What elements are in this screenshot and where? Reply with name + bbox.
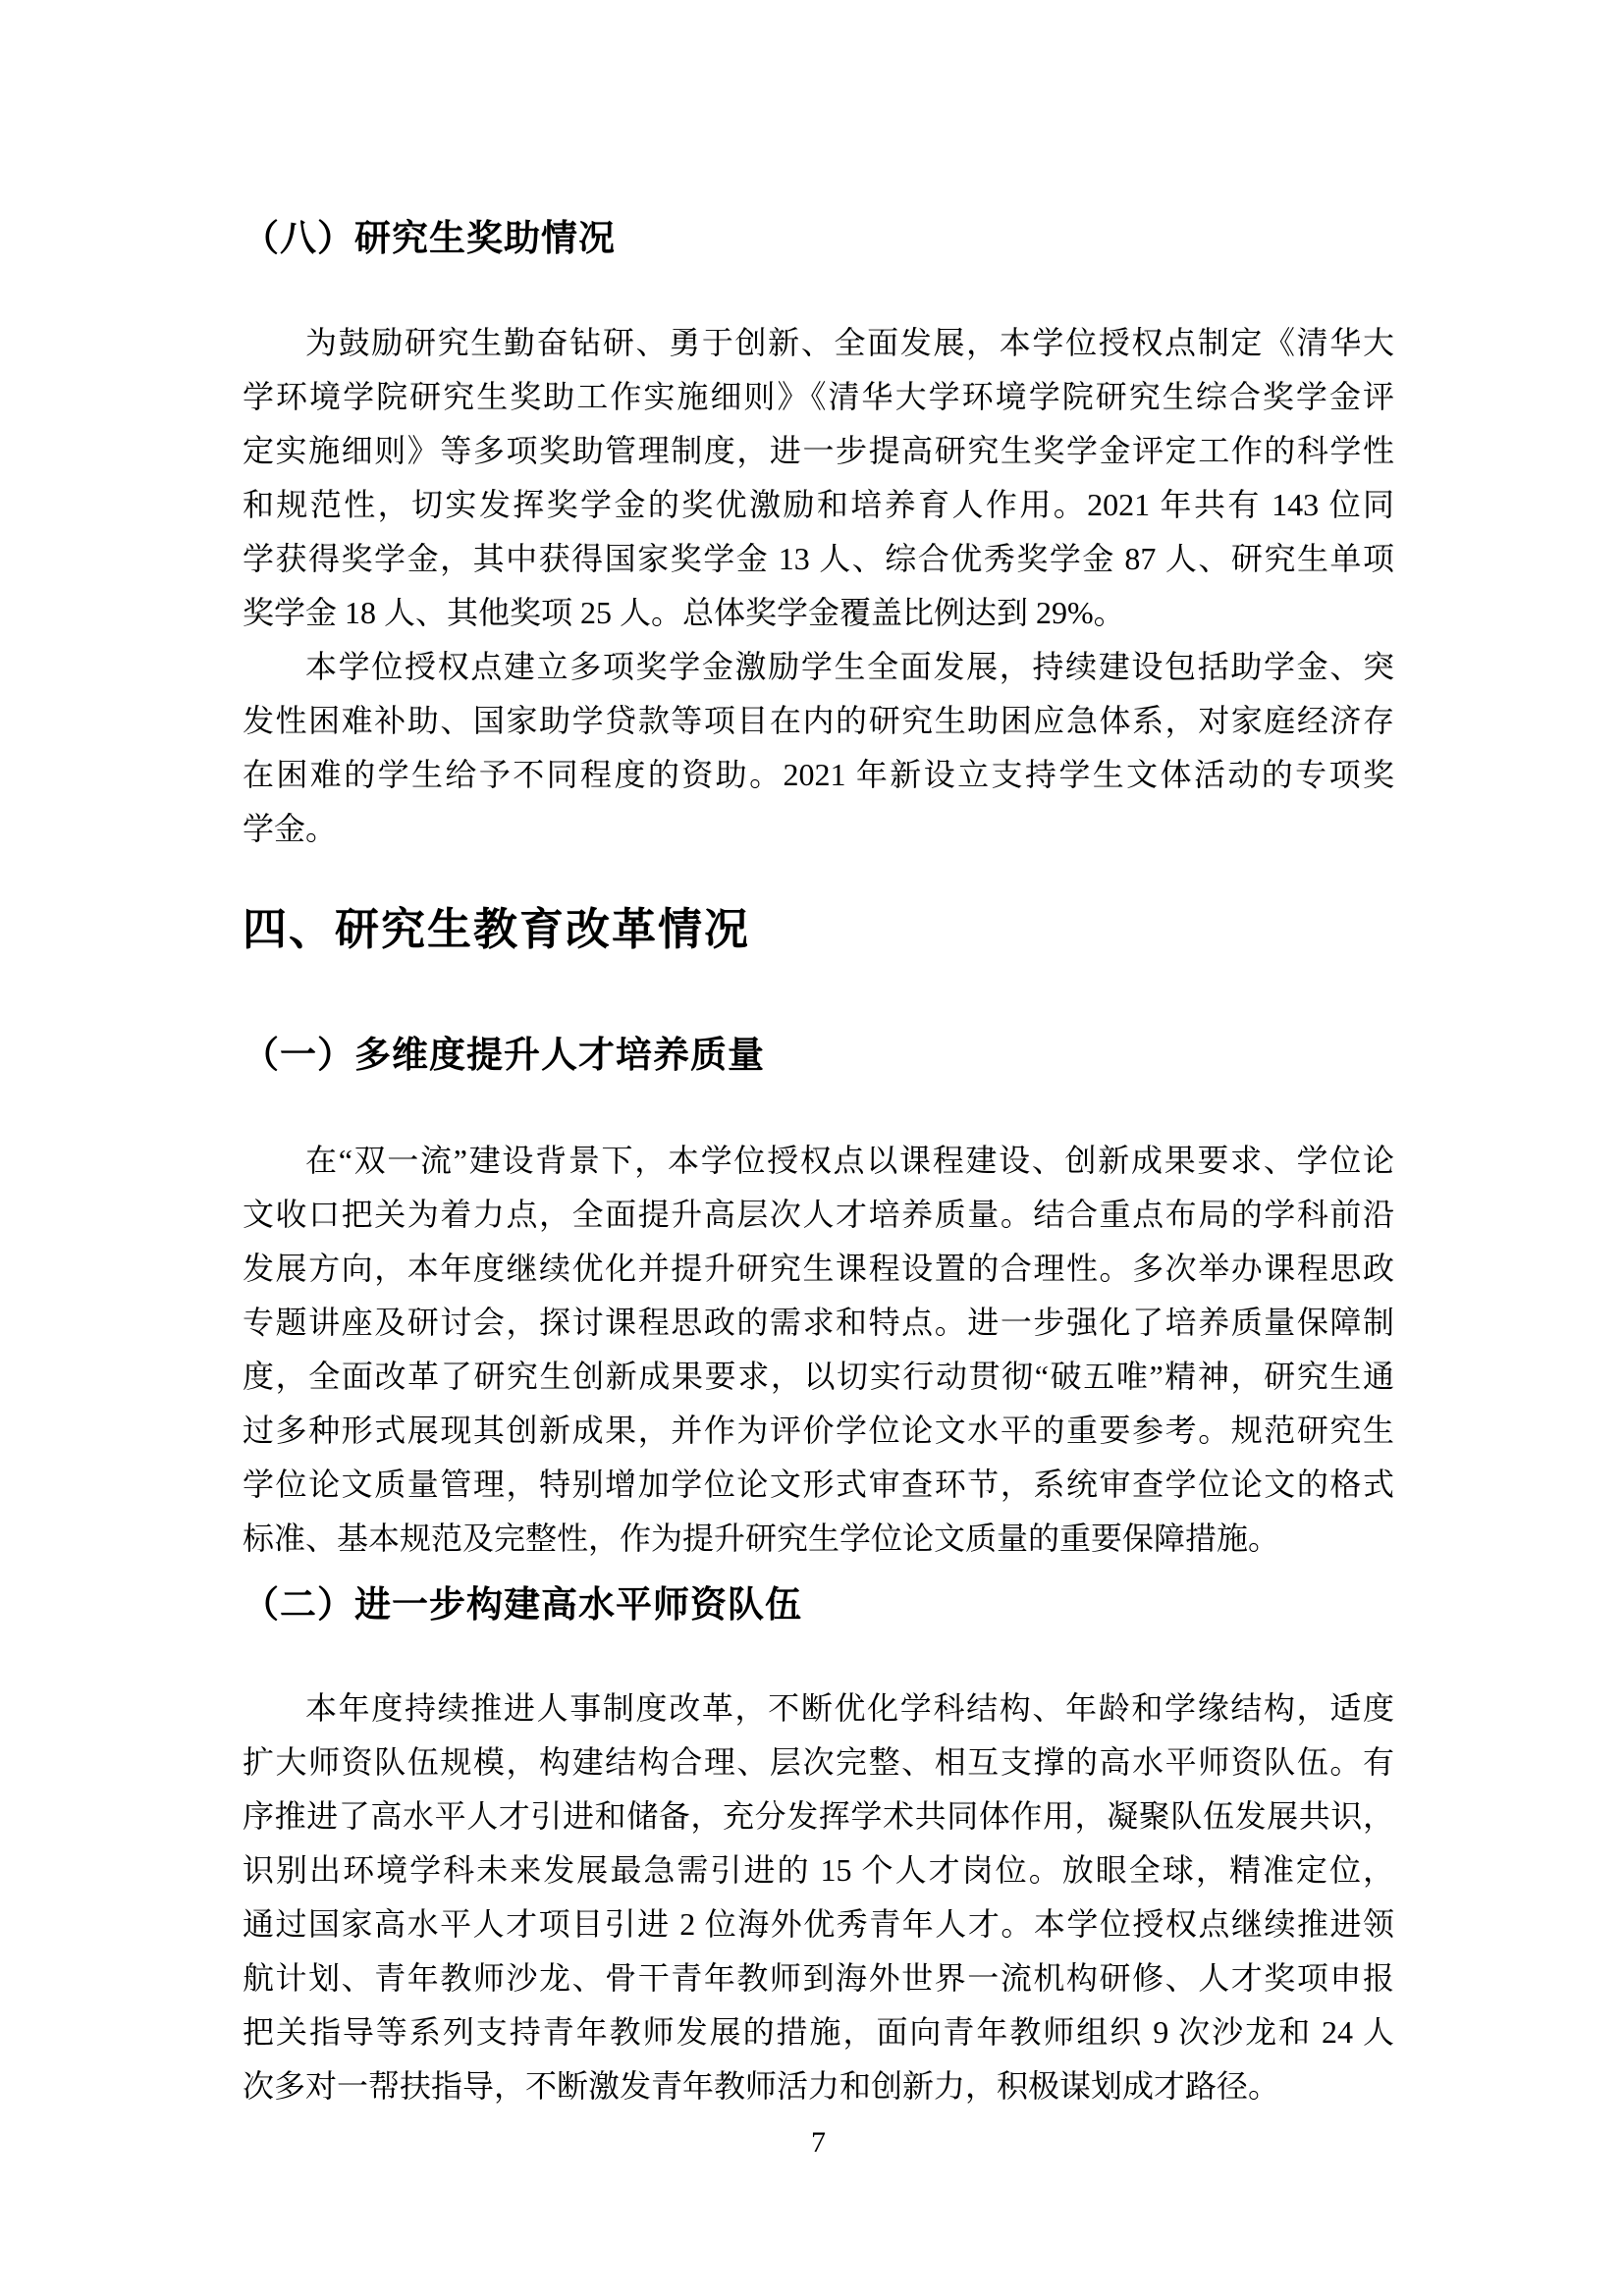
text-line: 奖学金 18 人、其他奖项 25 人。总体奖学金覆盖比例达到 29%。	[243, 586, 1394, 640]
text-line: 定实施细则》等多项奖助管理制度，进一步提高研究生奖学金评定工作的科学性	[243, 424, 1394, 478]
text-line: 文收口把关为着力点，全面提升高层次人才培养质量。结合重点布局的学科前沿	[243, 1188, 1394, 1242]
paragraph-awards-1: 为鼓励研究生勤奋钻研、勇于创新、全面发展，本学位授权点制定《清华大学环境学院研究…	[243, 316, 1394, 640]
subsection-heading-1: （一）多维度提升人才培养质量	[243, 1036, 1394, 1075]
text-line: 次多对一帮扶指导，不断激发青年教师活力和创新力，积极谋划成才路径。	[243, 2059, 1394, 2113]
text-line: 在“双一流”建设背景下，本学位授权点以课程建设、创新成果要求、学位论	[243, 1134, 1394, 1188]
paragraph-faculty-team: 本年度持续推进人事制度改革，不断优化学科结构、年龄和学缘结构，适度扩大师资队伍规…	[243, 1682, 1394, 2113]
text-line: 识别出环境学科未来发展最急需引进的 15 个人才岗位。放眼全球，精准定位，	[243, 1843, 1394, 1897]
text-line: 学环境学院研究生奖助工作实施细则》《清华大学环境学院研究生综合奖学金评	[243, 370, 1394, 424]
text-line: 把关指导等系列支持青年教师发展的措施，面向青年教师组织 9 次沙龙和 24 人	[243, 2005, 1394, 2059]
text-line: 学位论文质量管理，特别增加学位论文形式审查环节，系统审查学位论文的格式	[243, 1458, 1394, 1512]
chapter-heading-4: 四、研究生教育改革情况	[243, 906, 1394, 953]
text-line: 为鼓励研究生勤奋钻研、勇于创新、全面发展，本学位授权点制定《清华大	[243, 316, 1394, 370]
text-line: 发展方向，本年度继续优化并提升研究生课程设置的合理性。多次举办课程思政	[243, 1242, 1394, 1296]
text-line: 通过国家高水平人才项目引进 2 位海外优秀青年人才。本学位授权点继续推进领	[243, 1897, 1394, 1951]
section-heading-8: （八）研究生奖助情况	[243, 219, 1394, 258]
text-line: 和规范性，切实发挥奖学金的奖优激励和培养育人作用。2021 年共有 143 位同	[243, 478, 1394, 532]
text-line: 度，全面改革了研究生创新成果要求，以切实行动贯彻“破五唯”精神，研究生通	[243, 1350, 1394, 1404]
text-line: 扩大师资队伍规模，构建结构合理、层次完整、相互支撑的高水平师资队伍。有	[243, 1735, 1394, 1789]
subsection-heading-2: （二）进一步构建高水平师资队伍	[243, 1585, 1394, 1625]
text-line: 航计划、青年教师沙龙、骨干青年教师到海外世界一流机构研修、人才奖项申报	[243, 1951, 1394, 2005]
text-line: 学获得奖学金，其中获得国家奖学金 13 人、综合优秀奖学金 87 人、研究生单项	[243, 532, 1394, 586]
text-line: 过多种形式展现其创新成果，并作为评价学位论文水平的重要参考。规范研究生	[243, 1404, 1394, 1458]
text-line: 在困难的学生给予不同程度的资助。2021 年新设立支持学生文体活动的专项奖	[243, 748, 1394, 802]
paragraph-talent-quality: 在“双一流”建设背景下，本学位授权点以课程建设、创新成果要求、学位论文收口把关为…	[243, 1134, 1394, 1566]
text-line: 标准、基本规范及完整性，作为提升研究生学位论文质量的重要保障措施。	[243, 1512, 1394, 1566]
text-line: 发性困难补助、国家助学贷款等项目在内的研究生助困应急体系，对家庭经济存	[243, 694, 1394, 748]
text-line: 序推进了高水平人才引进和储备，充分发挥学术共同体作用，凝聚队伍发展共识，	[243, 1789, 1394, 1843]
text-line: 本学位授权点建立多项奖学金激励学生全面发展，持续建设包括助学金、突	[243, 640, 1394, 694]
text-line: 本年度持续推进人事制度改革，不断优化学科结构、年龄和学缘结构，适度	[243, 1682, 1394, 1735]
text-line: 学金。	[243, 802, 1394, 856]
text-line: 专题讲座及研讨会，探讨课程思政的需求和特点。进一步强化了培养质量保障制	[243, 1296, 1394, 1350]
page-number: 7	[243, 2125, 1394, 2160]
document-page: （八）研究生奖助情况 为鼓励研究生勤奋钻研、勇于创新、全面发展，本学位授权点制定…	[0, 0, 1624, 2296]
paragraph-awards-2: 本学位授权点建立多项奖学金激励学生全面发展，持续建设包括助学金、突发性困难补助、…	[243, 640, 1394, 856]
